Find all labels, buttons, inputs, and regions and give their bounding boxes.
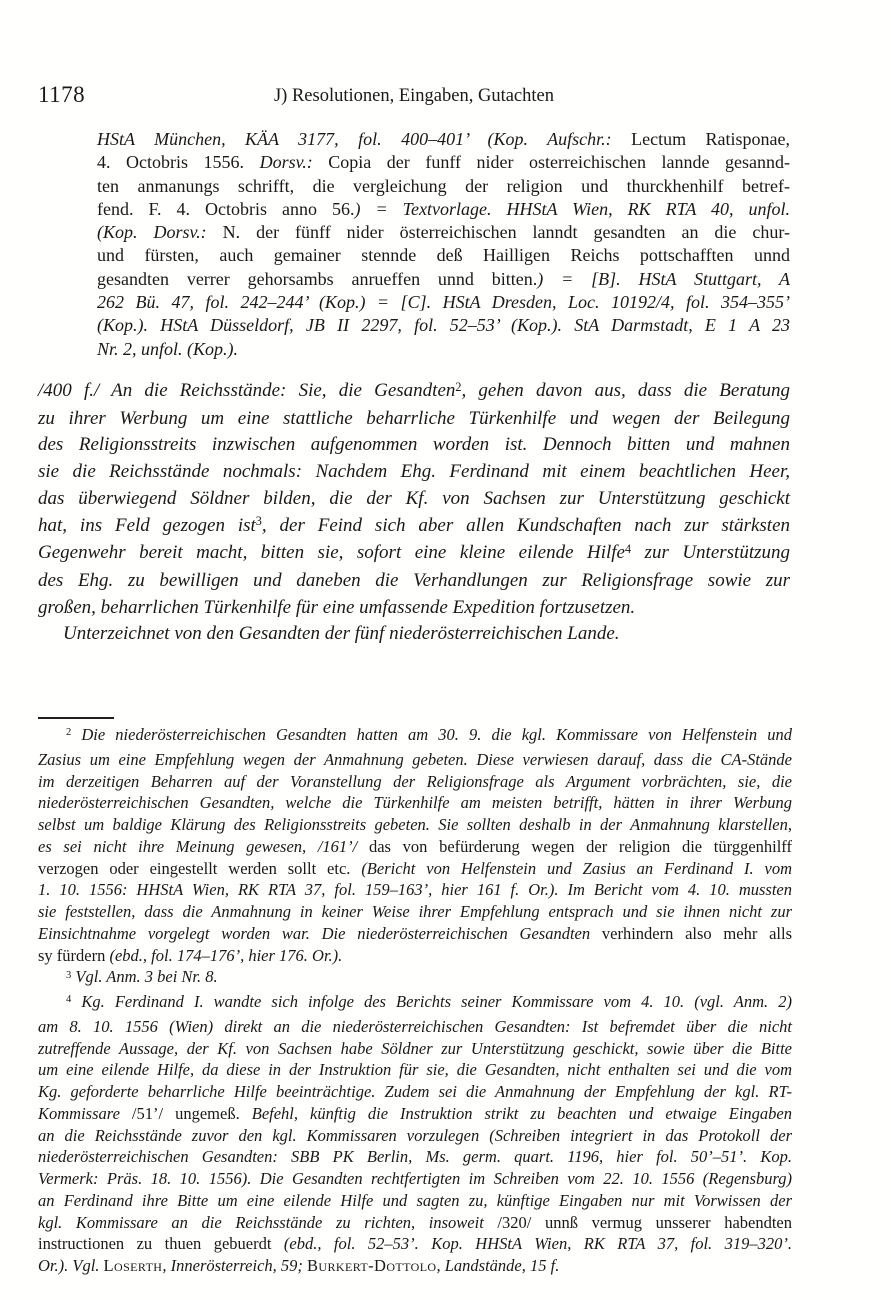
text-run: Kg. Ferdinand I. wandte sich infolge des… (71, 992, 792, 1011)
text-line: es sei nicht ihre Meinung gewesen, /161’… (38, 836, 792, 858)
footnote-marker: 2 (455, 380, 461, 394)
text-line: am 8. 10. 1556 (Wien) direkt an die nied… (38, 1016, 792, 1038)
text-run: (Kop. Dorsv.: (97, 222, 223, 242)
footnote-marker: 4 (66, 994, 71, 1005)
source-description-block: HStA München, KÄA 3177, fol. 400–401’ (K… (97, 128, 790, 361)
text-run: Kommissare (38, 1104, 132, 1123)
text-line: 2 Die niederösterreichischen Gesandten h… (38, 724, 792, 749)
text-run: ) = [B]. HStA Stuttgart, A (537, 269, 790, 289)
text-line: Zasius um eine Empfehlung wegen der Anma… (38, 749, 792, 771)
text-run: 1. 10. 1556: HHStA Wien, RK RTA 37, fol.… (38, 880, 792, 899)
text-line: 1. 10. 1556: HHStA Wien, RK RTA 37, fol.… (38, 879, 792, 901)
text-line: des Ehg. zu bewilligen und daneben die V… (38, 568, 790, 595)
text-run: am 8. 10. 1556 (Wien) direkt an die nied… (38, 1017, 792, 1036)
text-line: kgl. Kommissare an die Reichsstände zu r… (38, 1212, 792, 1234)
text-run: instructionen zu thuen gebuerdt (38, 1234, 284, 1253)
text-run: zu ihrer Werbung um eine stattliche beha… (38, 408, 790, 429)
text-run: /400 f./ An die Reichsstände: Sie, die G… (38, 380, 455, 401)
author-name-smallcaps: Burkert-Dottolo (307, 1256, 436, 1275)
text-line: Nr. 2, unfol. (Kop.). (97, 338, 790, 361)
text-line: niederösterreichischen Gesandten: SBB PK… (38, 1146, 792, 1168)
footnote-4: 4 Kg. Ferdinand I. wandte sich infolge d… (38, 991, 792, 1277)
text-run: zutreffende Aussage, der Kf. von Sachsen… (38, 1039, 792, 1058)
text-run: das von befürderung wegen der religion d… (369, 837, 792, 856)
book-page-scan: 1178 J) Resolutionen, Eingaben, Gutachte… (0, 0, 891, 1300)
summary-body-text: /400 f./ An die Reichsstände: Sie, die G… (38, 378, 790, 648)
text-line: das überwiegend Söldner bilden, die der … (38, 486, 790, 513)
text-run: /320/ unnß vermug unsserer habendten (497, 1213, 792, 1232)
text-run: Zasius um eine Empfehlung wegen der Anma… (38, 750, 792, 769)
text-run: Or.). Vgl. (38, 1256, 104, 1275)
text-run: es sei nicht ihre Meinung gewesen, /161’… (38, 837, 369, 856)
footnote-marker: 2 (66, 727, 71, 738)
text-run: sy fürdern (38, 946, 109, 965)
text-run: des Ehg. zu bewilligen und daneben die V… (38, 570, 790, 591)
text-run: und fürsten, auch gemainer stennde deß H… (97, 245, 790, 265)
text-run: des Religionsstreits inzwischen aufgenom… (38, 434, 790, 455)
text-run: an Ferdinand ihre Bitte um eine eilende … (38, 1191, 792, 1210)
text-run: Kg. geforderte beharrliche Hilfe beeintr… (38, 1082, 792, 1101)
text-line: Vermerk: Präs. 18. 10. 1556). Die Gesand… (38, 1168, 792, 1190)
text-line: HStA München, KÄA 3177, fol. 400–401’ (K… (97, 128, 790, 151)
text-run: HStA München, KÄA 3177, fol. 400–401’ (K… (97, 129, 631, 149)
text-run: Vermerk: Präs. 18. 10. 1556). Die Gesand… (38, 1169, 792, 1188)
text-run: niederösterreichischen Gesandten, welche… (38, 793, 792, 812)
text-line: verzogen oder eingestellt werden sollt e… (38, 858, 792, 880)
text-run: Befehl, künftig die Instruktion strikt z… (252, 1104, 792, 1123)
text-line: um eine eilende Hilfe, da diese in der I… (38, 1059, 792, 1081)
text-line: niederösterreichischen Gesandten, welche… (38, 792, 792, 814)
text-run: verzogen oder eingestellt werden sollt e… (38, 859, 361, 878)
text-line: zutreffende Aussage, der Kf. von Sachsen… (38, 1038, 792, 1060)
author-name-smallcaps: Loserth (104, 1256, 163, 1275)
text-run: ) = Textvorlage. HHStA Wien, RK RTA 40, … (355, 199, 790, 219)
text-line: /400 f./ An die Reichsstände: Sie, die G… (38, 378, 790, 406)
text-line: 4 Kg. Ferdinand I. wandte sich infolge d… (38, 991, 792, 1016)
footnote-2: 2 Die niederösterreichischen Gesandten h… (38, 724, 792, 966)
text-run: Copia der funff nider osterreichischen l… (328, 152, 790, 172)
text-run: Die niederösterreichischen Gesandten hat… (71, 725, 792, 744)
text-run: Gegenwehr bereit macht, bitten sie, sofo… (38, 542, 625, 563)
text-run: Einsichtnahme vorgelegt worden war. Die … (38, 924, 602, 943)
text-run: , Innerösterreich, 59; (162, 1256, 307, 1275)
text-line: hat, ins Feld gezogen ist3, der Feind si… (38, 513, 790, 541)
text-line: Unterzeichnet von den Gesandten der fünf… (38, 621, 790, 648)
text-line: selbst um baldige Klärung des Religionss… (38, 814, 792, 836)
text-run: (Kop.). HStA Düsseldorf, JB II 2297, fol… (97, 315, 790, 335)
footnote-marker: 3 (256, 514, 262, 528)
text-run: an die Reichsstände zuvor den kgl. Kommi… (38, 1126, 792, 1145)
text-line: sie feststellen, dass die Anmahnung in k… (38, 901, 792, 923)
text-line: sy fürdern (ebd., fol. 174–176’, hier 17… (38, 945, 792, 967)
text-line: (Kop.). HStA Düsseldorf, JB II 2297, fol… (97, 314, 790, 337)
footnote-marker: 4 (625, 542, 631, 556)
text-line: fend. F. 4. Octobris anno 56.) = Textvor… (97, 198, 790, 221)
footnotes-block: 2 Die niederösterreichischen Gesandten h… (38, 724, 792, 1277)
text-run: verhindern also mehr alls (602, 924, 792, 943)
text-run: (ebd., fol. 174–176’, hier 176. Or.). (109, 946, 342, 965)
text-run: großen, beharrlichen Türkenhilfe für ein… (38, 597, 635, 618)
text-line: Einsichtnahme vorgelegt worden war. Die … (38, 923, 792, 945)
text-line: sie die Reichsstände nochmals: Nachdem E… (38, 459, 790, 486)
text-run: im derzeitigen Beharren auf der Voranste… (38, 772, 792, 791)
running-head: J) Resolutionen, Eingaben, Gutachten (38, 86, 790, 107)
text-line: Kommissare /51’/ ungemeß. Befehl, künfti… (38, 1103, 792, 1125)
text-run: , gehen davon aus, dass die Beratung (461, 380, 790, 401)
text-line: ten anmanungs schrifft, die vergleichung… (97, 175, 790, 198)
text-run: (ebd., fol. 52–53’. Kop. HHStA Wien, RK … (284, 1234, 792, 1253)
text-run: Dorsv.: (260, 152, 329, 172)
footnote-marker: 3 (66, 970, 71, 981)
text-run: kgl. Kommissare an die Reichsstände zu r… (38, 1213, 497, 1232)
text-run: gesandten verrer gehorsambs anrueffen un… (97, 269, 537, 289)
text-line: gesandten verrer gehorsambs anrueffen un… (97, 268, 790, 291)
text-run: Nr. 2, unfol. (Kop.). (97, 339, 238, 359)
text-run: hat, ins Feld gezogen ist (38, 515, 256, 536)
text-line: großen, beharrlichen Türkenhilfe für ein… (38, 595, 790, 622)
text-run: 262 Bü. 47, fol. 242–244’ (Kop.) = [C]. … (97, 292, 790, 312)
text-run: 4. Octobris 1556. (97, 152, 260, 172)
text-run: um eine eilende Hilfe, da diese in der I… (38, 1060, 792, 1079)
text-line: 4. Octobris 1556. Dorsv.: Copia der funf… (97, 151, 790, 174)
text-run: /51’/ ungemeß. (132, 1104, 252, 1123)
text-line: an die Reichsstände zuvor den kgl. Kommi… (38, 1125, 792, 1147)
text-line: 262 Bü. 47, fol. 242–244’ (Kop.) = [C]. … (97, 291, 790, 314)
text-line: Gegenwehr bereit macht, bitten sie, sofo… (38, 540, 790, 568)
text-run: selbst um baldige Klärung des Religionss… (38, 815, 792, 834)
text-run: niederösterreichischen Gesandten: SBB PK… (38, 1147, 792, 1166)
text-line: im derzeitigen Beharren auf der Voranste… (38, 771, 792, 793)
text-run: zur Unterstützung (631, 542, 790, 563)
text-line: (Kop. Dorsv.: N. der fünff nider österre… (97, 221, 790, 244)
text-line: instructionen zu thuen gebuerdt (ebd., f… (38, 1233, 792, 1255)
text-run: Unterzeichnet von den Gesandten der fünf… (63, 623, 620, 644)
text-line: an Ferdinand ihre Bitte um eine eilende … (38, 1190, 792, 1212)
text-line: zu ihrer Werbung um eine stattliche beha… (38, 406, 790, 433)
text-run: Lectum Ratisponae, (631, 129, 790, 149)
text-run: , Landstände, 15 f. (437, 1256, 560, 1275)
text-run: sie die Reichsstände nochmals: Nachdem E… (38, 461, 790, 482)
text-line: des Religionsstreits inzwischen aufgenom… (38, 432, 790, 459)
text-run: (Bericht von Helfenstein und Zasius an F… (361, 859, 792, 878)
text-line: Or.). Vgl. Loserth, Innerösterreich, 59;… (38, 1255, 792, 1277)
text-run: fend. F. 4. Octobris anno 56. (97, 199, 355, 219)
text-line: und fürsten, auch gemainer stennde deß H… (97, 244, 790, 267)
text-run: N. der fünff nider österreichischen lann… (223, 222, 790, 242)
text-run: , der Feind sich aber allen Kundschaften… (262, 515, 790, 536)
text-run: das überwiegend Söldner bilden, die der … (38, 488, 790, 509)
text-run: Vgl. Anm. 3 bei Nr. 8. (71, 967, 217, 986)
footnote-separator-rule (38, 717, 114, 719)
footnote-3: 3 Vgl. Anm. 3 bei Nr. 8. (38, 966, 792, 991)
text-run: sie feststellen, dass die Anmahnung in k… (38, 902, 792, 921)
text-run: ten anmanungs schrifft, die vergleichung… (97, 176, 790, 196)
text-line: Kg. geforderte beharrliche Hilfe beeintr… (38, 1081, 792, 1103)
text-line: 3 Vgl. Anm. 3 bei Nr. 8. (38, 966, 792, 991)
